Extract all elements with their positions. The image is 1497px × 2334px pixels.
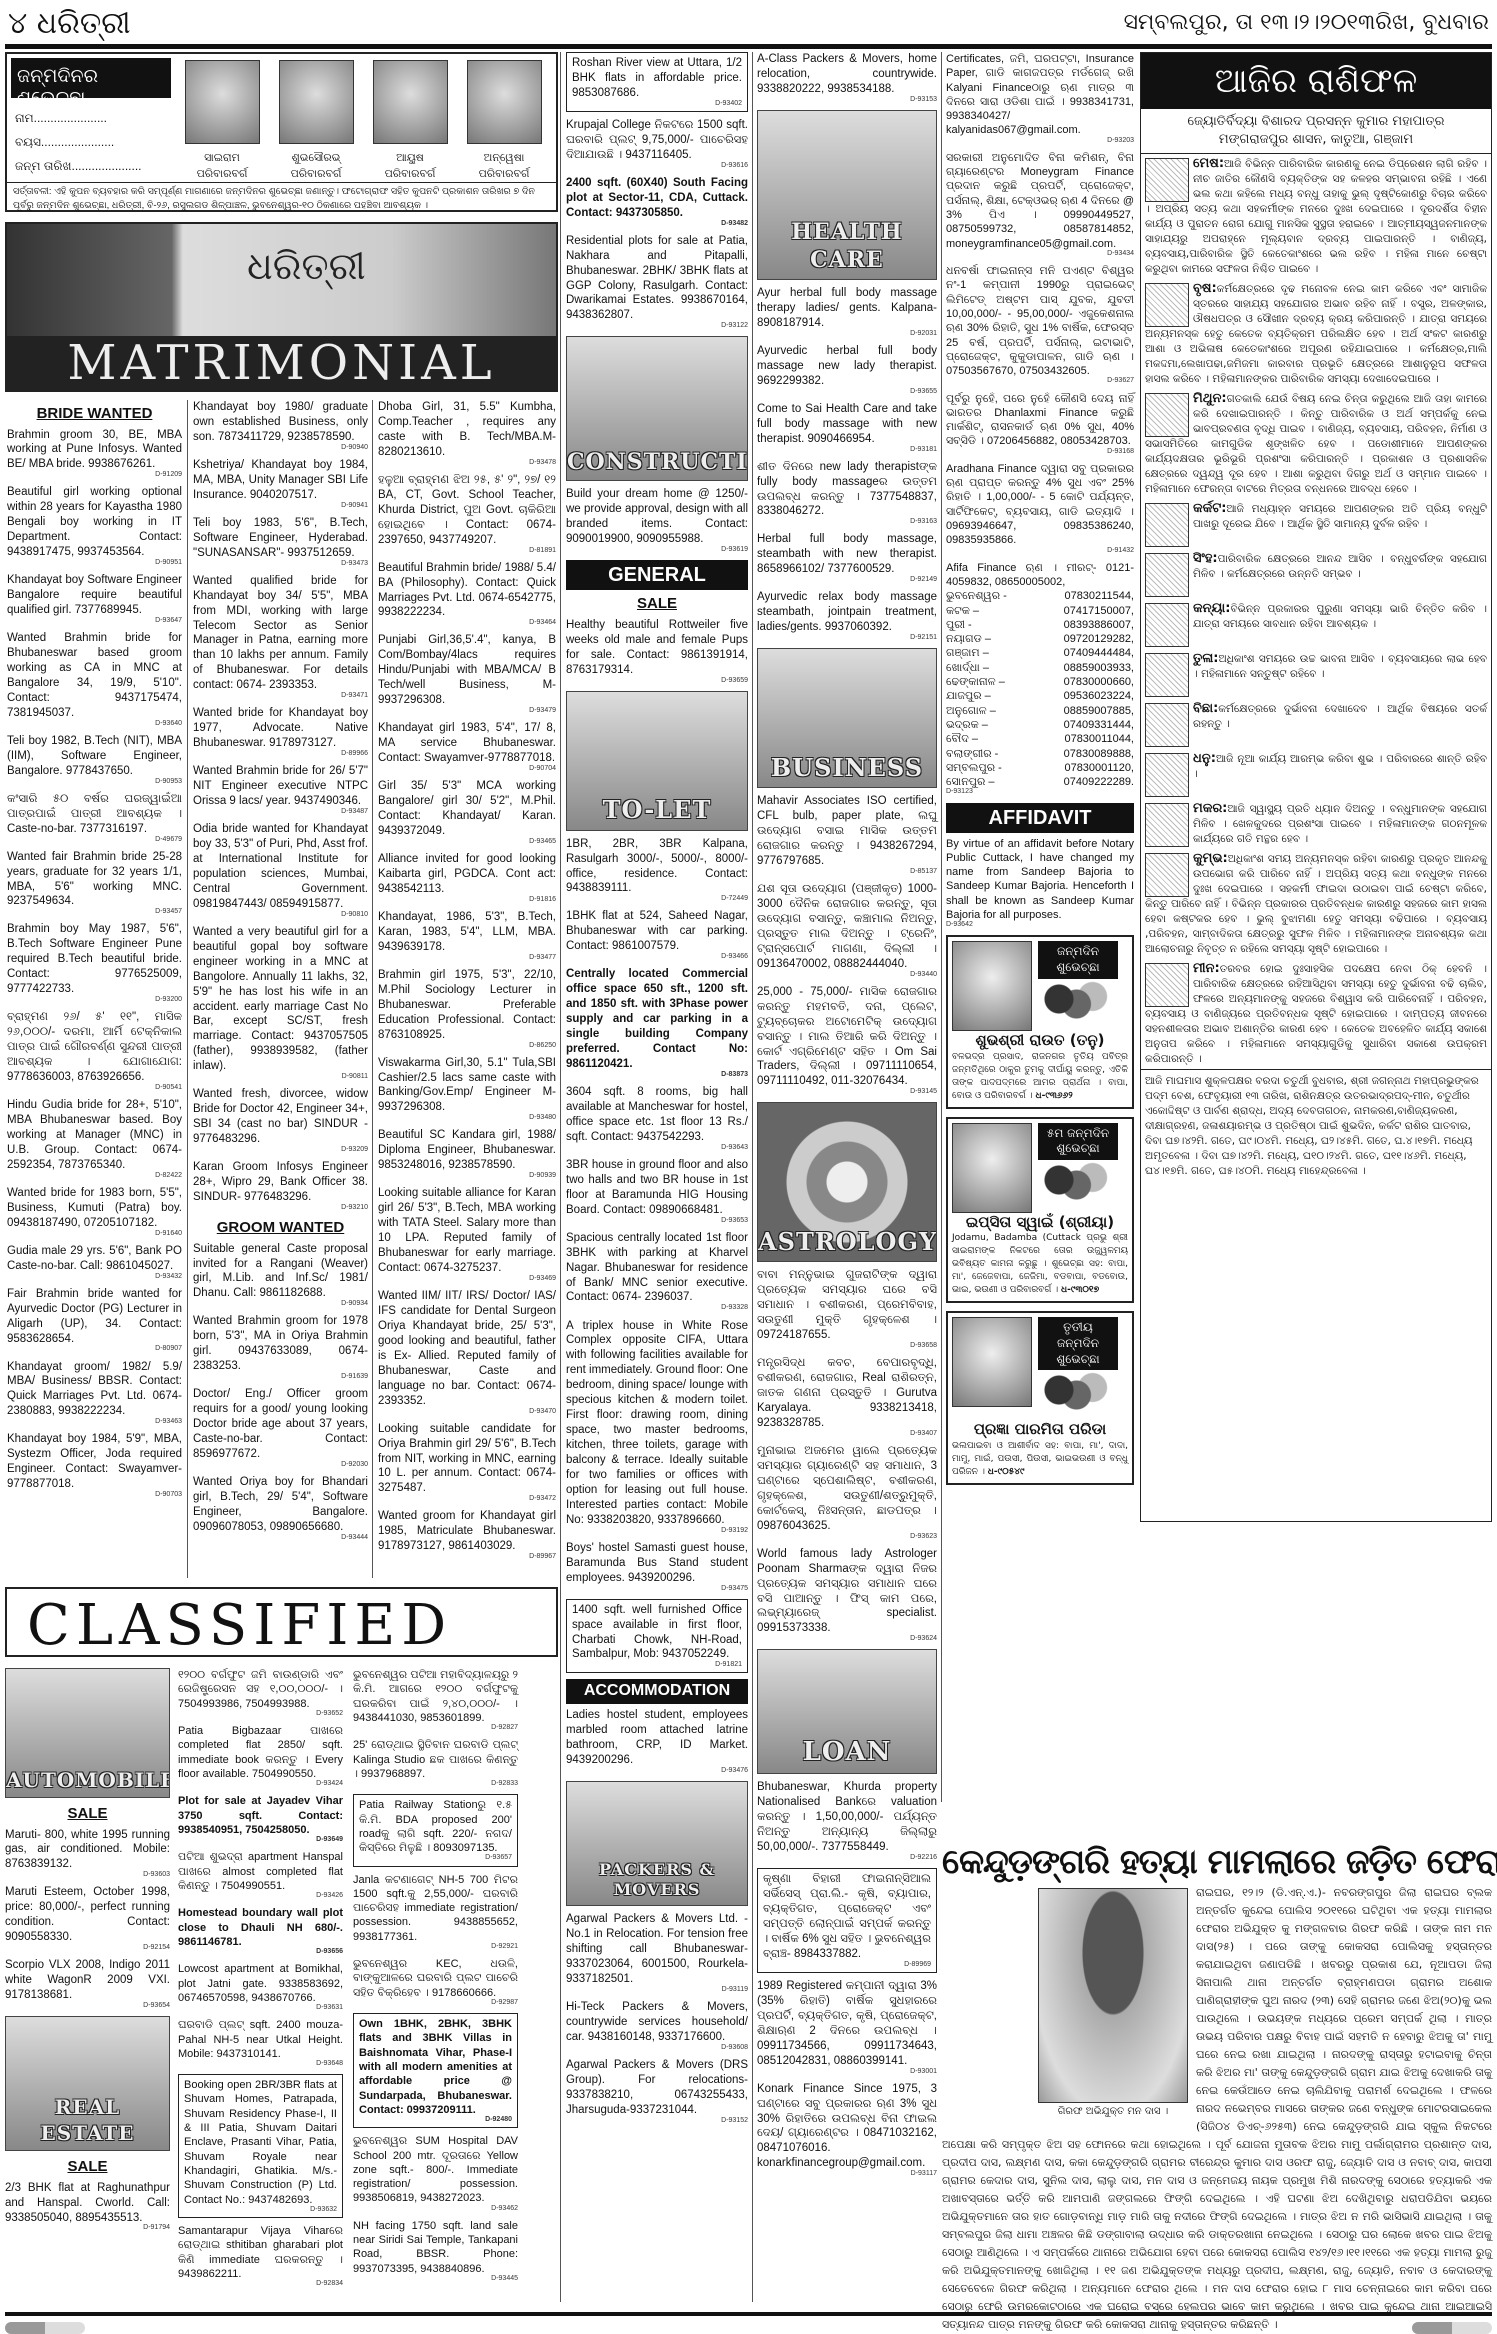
classified-ad: Wanted fair Brahmin bride 25-28 years, g…	[7, 850, 182, 917]
child-photo	[467, 60, 542, 144]
zodiac-icon	[1145, 853, 1189, 897]
classified-ad: 1BHK flat at 524, Saheed Nagar, Bhubanes…	[566, 909, 748, 961]
accommodation-ad: Ladies hostel student, employees marbled…	[566, 1708, 748, 1775]
branch-row: ଢେଙ୍କାନାଳ –07830000660,	[946, 675, 1134, 689]
matrimonial-column-1: BRIDE WANTED Brahmin groom 30, BE, MBA w…	[7, 400, 182, 1505]
classified-ad: ୧୨୦୦ ବର୍ଗଫୁଟ ଜମି ବାଉଣ୍ଡାରି ଏବଂ ରେଜିଷ୍ଟ୍ର…	[178, 1668, 343, 1718]
zodiac-sign-entry: ବୃଷ:କର୍ମକ୍ଷେତ୍ରରେ ଦୃଢ ମନୋବଳ ନେଇ କାମ କରିବ…	[1141, 279, 1491, 389]
classified-ad: Aradhana Finance ଦ୍ୱାରା ସବୁ ପ୍ରକାରର ଋଣ ପ…	[946, 462, 1134, 555]
classified-ad: ପଟିଆ ଶୁଭଦ୍ରା apartment Hanspal ପାଖରେ alm…	[178, 1850, 343, 1900]
classified-ad: ଭୁବନେଶ୍ୱର ପଟିଆ ମହାବିଦ୍ୟାଳୟରୁ ୨ କି.ମି. ଆଗ…	[353, 1668, 518, 1732]
classified-ad: Wanted Oriya boy for Bhandari girl, B.Te…	[193, 1475, 368, 1542]
child-name: ଶୁଭଶ୍ରୀ ରାଉତ (ତନୁ)	[952, 1031, 1128, 1051]
classified-ad: ଭୁବନେଶ୍ୱର KEC, ଧଉଳି, ବାଙ୍କୁଆଳରେ ଘରବାରି ପ…	[353, 1957, 518, 2007]
wish-tag: ତୃତୀୟ ଜନ୍ମଦିନ ଶୁଭେଚ୍ଛା	[1038, 1317, 1118, 1370]
finance-column-6: Certificates, ଜମି, ଘରପଟ୍ଟା, Insurance Pa…	[946, 52, 1134, 1493]
balloons-icon	[1038, 1160, 1108, 1210]
accused-photo	[1038, 1888, 1188, 2103]
news-body: ଗିରଫ ଅଭିଯୁକ୍ତ ମନ ଦାସ । ରାଇଘର, ୧୨।୨ (ଡି.ଏ…	[942, 1884, 1492, 2334]
panjika-almanac: ଆଜି ମାଘମାସ ଶୁକ୍ଳପକ୍ଷର ବରଦା ଚତୁର୍ଥୀ ବୁଧବା…	[1141, 1069, 1491, 1183]
classified-ad: 25' ରୋଡ୍‌ଥାଇ ସ୍ଥିତିବାନ ଘରବାଡି ପ୍ଲଟ୍ Kali…	[353, 1738, 518, 1788]
classified-ad: Homestead boundary wall plot close to Dh…	[178, 1906, 343, 1956]
classified-ad: ମୁନାଭାଇ ଅଜମେର ୱାଲେ ପ୍ରତ୍ୟେକ ସମସ୍ୟାର ଗ୍ୟା…	[757, 1444, 937, 1541]
birthday-wish-ad: ୫ମ ଜନ୍ମଦିନ ଶୁଭେଚ୍ଛାଇପ୍‌ସିତା ସ୍ୱାଇଁ (ଶ୍ରୀ…	[946, 1117, 1134, 1304]
loan-image: LOAN	[757, 1649, 937, 1774]
classified-ad: Khandayat boy Software Engineer Bangalor…	[7, 573, 182, 625]
classified-ad: Patia Railway Stationରୁ ୧.୫ କି.ମି. BDA p…	[353, 1794, 518, 1866]
wish-message: Jodamu, Badamba (Cuttack ପ୍ରଭୁ ଶ୍ରୀ ସାଇର…	[952, 1232, 1128, 1297]
branch-row: ଖୋର୍ଦ୍ଧା –08859003933,	[946, 661, 1134, 675]
classified-ad: ଯଶ ସୂତା ଉଦ୍ୟୋଗ (ପଞ୍ଜୀକୃତ) 1000-3000 ଦୈନି…	[757, 882, 937, 979]
classified-ad: 1BR, 2BR, 3BR Kalpana, Rasulgarh 3000/-,…	[566, 837, 748, 904]
zodiac-sign-entry: ମିଥୁନ:ଗତକାଲି ଯେଉଁ ବିଷୟ ନେଇ ଚିନ୍ତା କରୁଥିଲ…	[1141, 389, 1491, 499]
affidavit-ad: By virtue of an affidavit before Notary …	[946, 837, 1134, 930]
zodiac-icon	[1145, 753, 1189, 797]
classified-ad: Beautiful Brahmin bride/ 1988/ 5.4/ BA (…	[378, 561, 556, 628]
classified-ad: Booking open 2BR/3BR flats at Shuvam Hom…	[178, 2074, 343, 2218]
classified-ad: Viswakarma Girl,30, 5.1" Tula,SBI Cashie…	[378, 1056, 556, 1123]
classified-ad: ଭୁବନେଶ୍ୱର SUM Hospital DAV School 200 mt…	[353, 2134, 518, 2213]
classified-ad: ଘରବାଡି ପ୍ଲଟ୍ sqft. 2400 mouza-Pahal NH-5…	[178, 2018, 343, 2068]
branch-row: ସମ୍ବଲପୁର -07830001120,	[946, 761, 1134, 775]
zodiac-icon	[1145, 503, 1189, 547]
classified-ad: Wanted fresh, divorcee, widow Bride for …	[193, 1087, 368, 1154]
classified-ad: Odia bride wanted for Khandayat boy 33, …	[193, 822, 368, 919]
zodiac-icon	[1145, 158, 1189, 202]
zodiac-sign-entry: ମେଷ:ଆଜି ବିଭିନ୍ନ ପାରିବାରିକ କାରଣକୁ ନେଇ ଡିପ…	[1141, 154, 1491, 279]
sale-ad: Healthy beautiful Rottweiler five weeks …	[566, 618, 748, 685]
age-field: ବୟସ......................	[15, 130, 142, 154]
classified-ad: Wanted Brahmin bride for Bhubaneswar bas…	[7, 631, 182, 728]
classified-ad: Wanted Brahmin groom for 1978 born, 5'3"…	[193, 1314, 368, 1381]
child-name: ପ୍ରଜ୍ଞା ପାରମିତା ପରିଡା	[952, 1420, 1128, 1440]
classified-ad: Boys' hostel Samasti guest house, Baramu…	[566, 1541, 748, 1593]
packers-movers-image: PACKERS & MOVERS	[566, 1781, 748, 1906]
coupon-title: ଜନ୍ମଦିନର ଶୁଭେଚ୍ଛା	[11, 58, 171, 98]
footer-ornament	[1412, 2322, 1492, 2334]
classified-ad: Khandayat boy 1980/ graduate own establi…	[193, 400, 368, 452]
news-article: କେନ୍ଦୁଡ଼ଙ୍ଗରି ହତ୍ୟା ମାମଲାରେ ଜଡ଼ିତ ଫେରାର …	[942, 1840, 1492, 2334]
news-photo-block: ଗିରଫ ଅଭିଯୁକ୍ତ ମନ ଦାସ ।	[1038, 1888, 1188, 2121]
child-name: ଇପ୍‌ସିତା ସ୍ୱାଇଁ (ଶ୍ରୀୟା)	[952, 1213, 1128, 1233]
classified-ad: 1989 Registered କମ୍ପାନୀ ଦ୍ୱାରା 3% (35% ର…	[757, 1979, 937, 2076]
classified-ad: Gudia male 29 yrs. 5'6", Bank PO Caste-n…	[7, 1244, 182, 1281]
branch-row: ଯାଜପୁର –09536023224,	[946, 689, 1134, 703]
child-photo	[952, 1123, 1032, 1213]
matrimonial-column-2: Khandayat boy 1980/ graduate own establi…	[193, 400, 368, 1548]
business-image: BUSINESS	[757, 648, 937, 788]
classified-ad: Beautiful SC Kandara girl, 1988/ Diploma…	[378, 1128, 556, 1180]
construction-image: CONSTRUCTION	[566, 336, 748, 481]
automobile-column: AUTOMOBILE SALE Maruti- 800, white 1995 …	[5, 1668, 170, 2239]
real-estate-image: REAL ESTATE	[5, 2016, 170, 2151]
accommodation-heading: ACCOMMODATION	[566, 1679, 748, 1704]
classified-ad: Karan Groom Infosys Engineer 28+, Wipro …	[193, 1160, 368, 1212]
zodiac-sign-entry: ସିଂହ:ପାରିବାରିକ କ୍ଷେତ୍ରରେ ଆନନ୍ଦ ଆସିବ । ବନ…	[1141, 549, 1491, 599]
classified-ad: ହଳୁଆ ବ୍ରାହ୍ମଣ ଝିଅ ୨୫, ୫' ୨", ୨୭/ ୧୨ BA, …	[378, 473, 556, 555]
classified-ad: Spacious centrally located 1st floor 3BH…	[566, 1231, 748, 1313]
horoscope-author: ଜ୍ୟୋତିର୍ବିଦ୍ୟା ବିଶାରଦ ପ୍ରସନ୍ନ କୁମାର ମହାପ…	[1141, 109, 1491, 154]
matrimonial-banner: ଧରିତ୍ରୀ MATRIMONIAL	[5, 222, 558, 392]
classified-ad: Wanted qualified bride for Khandayat boy…	[193, 574, 368, 701]
classified-ad: Patia Bigbazaar ପାଖରେ completed flat 285…	[178, 1724, 343, 1788]
classified-ad: Beautiful girl working optional within 2…	[7, 485, 182, 567]
wish-message: ଭଲପାଇବା ଓ ଆଶୀର୍ବାଦ ସହ: ବାପା, ମା', ଦାଦା, …	[952, 1440, 1128, 1479]
zodiac-sign-entry: ଧନୁ:ଆଜି ନୂଆ କାର୍ଯ୍ୟ ଆରମ୍ଭ କରିବା ଶୁଭ । ପର…	[1141, 749, 1491, 799]
zodiac-icon	[1145, 703, 1189, 747]
child-photo	[279, 60, 354, 144]
branch-row: ନୟାଗଡ –09720129282,	[946, 632, 1134, 646]
zodiac-sign-entry: ମକର:ଆଜି ସ୍ୱାସ୍ଥ୍ୟ ପ୍ରତି ଧ୍ୟାନ ଦିଅନ୍ତୁ । …	[1141, 799, 1491, 849]
classified-ad: Maruti Esteem, October 1998, price: 80,0…	[5, 1885, 170, 1952]
classified-ad: Lowcost apartment at Bomikhal, plot Jatn…	[178, 1962, 343, 2012]
birthday-coupon: ଜନ୍ମଦିନର ଶୁଭେଚ୍ଛା ନାମ...................…	[5, 52, 558, 212]
property-column-4: Roshan River view at Uttara, 1/2 BHK fla…	[566, 52, 748, 2131]
page-number-masthead: ୪ ଧରିତ୍ରୀ	[8, 6, 131, 41]
classified-ad: Hi-Teck Packers & Movers, countrywide se…	[566, 2000, 748, 2052]
health-care-image: HEALTH CARE	[757, 110, 937, 280]
classified-ad: Wanted bride for 1983 born, 5'5", Busine…	[7, 1186, 182, 1238]
classified-ad: କଂସାରି ୫୦ ବର୍ଷର ଘରଜ୍ୱାଇଁଆ ପାତ୍ରପାଇଁ ପାତ୍…	[7, 792, 182, 844]
classified-ad: Janla କଟଣାଗେଟ୍ NH-5 700 ମିଟର 1500 sqft.କ…	[353, 1873, 518, 1952]
classified-ad: ମନ୍ତ୍ରସିଦ୍ଧ କବଚ, ବେପାରବୃଦ୍ଧି, ବଶୀକରଣ, ରୋ…	[757, 1356, 937, 1438]
classified-ad: ଧନବର୍ଷା ଫାଇନାନ୍ସ ମନି ପଏଣ୍ଟ ବିଶ୍ୱର ନଂ-1 କ…	[946, 264, 1134, 385]
birthday-wish-ad: ଜନ୍ମଦିନ ଶୁଭେଚ୍ଛାଶୁଭଶ୍ରୀ ରାଉତ (ତନୁ)ବଳଭଦ୍ର…	[946, 935, 1134, 1109]
zodiac-icon	[1145, 603, 1189, 647]
zodiac-sign-entry: କନ୍ୟା:ବିଭିନ୍ନ ପ୍ରକାରର ପୁରୁଣା ସମସ୍ୟା ଭାରି…	[1141, 599, 1491, 649]
classified-ad: Residential plots for sale at Patia, Nak…	[566, 234, 748, 331]
bride-wanted-heading: BRIDE WANTED	[7, 404, 182, 424]
property-column-3: ଭୁବନେଶ୍ୱର ପଟିଆ ମହାବିଦ୍ୟାଳୟରୁ ୨ କି.ମି. ଆଗ…	[353, 1668, 518, 2289]
header-rule	[5, 44, 1492, 49]
classified-ad: Brahmin groom 30, BE, MBA working at Pun…	[7, 428, 182, 480]
classified-ad: World famous lady Astrologer Poonam Shar…	[757, 1547, 937, 1644]
classified-ad: Konark Finance Since 1975, 3 ଘଣ୍ଟାରେ ସବୁ…	[757, 2082, 937, 2179]
horoscope-title: ଆଜିର ରାଶିଫଳ	[1141, 53, 1491, 109]
column-divider	[187, 400, 188, 1578]
classified-ad: Krupajal College ନିକଟରେ 1500 sqft. ଘରବାର…	[566, 118, 748, 170]
wish-tag: ୫ମ ଜନ୍ମଦିନ ଶୁଭେଚ୍ଛା	[1038, 1123, 1118, 1160]
wish-tag: ଜନ୍ମଦିନ ଶୁଭେଚ୍ଛା	[1038, 941, 1118, 978]
classified-ad: Alliance invited for good looking Kaibar…	[378, 852, 556, 904]
classified-ad: Khandayat girl 1983, 5'4", 17/ 8, MA ser…	[378, 721, 556, 773]
zodiac-icon	[1145, 393, 1189, 437]
zodiac-sign-entry: କର୍କଟ:ଆଜି ମଧ୍ୟାହ୍ନ ସମୟରେ ଆପଣଙ୍କର ଅତି ପ୍ର…	[1141, 499, 1491, 549]
astrology-image: ASTROLOGY	[757, 1102, 937, 1262]
classified-ad: Samantarapur Vijaya Viharରେ ରୋଡ୍‌ଥାଇ sth…	[178, 2224, 343, 2288]
real-estate-sale-heading: SALE	[5, 2157, 170, 2177]
branch-row: ବୌଦ –07830011044,	[946, 732, 1134, 746]
classified-ad: Looking suitable alliance for Karan girl…	[378, 1186, 556, 1283]
classified-ad: Kshetriya/ Khandayat boy 1984, MA, MBA, …	[193, 458, 368, 510]
zodiac-icon	[1145, 653, 1189, 697]
balloons-icon	[1038, 979, 1108, 1029]
classified-ad: Bhubaneswar, Khurda property Nationalise…	[757, 1780, 937, 1862]
zodiac-icon	[1145, 963, 1189, 1007]
zodiac-icon	[1145, 553, 1189, 597]
balloons-icon	[1038, 1370, 1108, 1420]
classified-ad: Wanted a very beautiful girl for a beaut…	[193, 925, 368, 1081]
coupon-terms: ସର୍ତ୍ତାବଳୀ: ଏହି କୁପନ ବ୍ୟବହାର କରି ସମ୍ପୂର୍…	[7, 182, 556, 215]
general-sale-heading: SALE	[566, 594, 748, 614]
brand-logo: ଧରିତ୍ରୀ	[247, 244, 366, 289]
classified-ad: Maruti- 800, white 1995 running gas, air…	[5, 1828, 170, 1880]
classified-ad: 1400 sqft. well furnished Office space a…	[566, 1599, 748, 1674]
classified-ad: Herbal full body massage, steambath with…	[757, 532, 937, 584]
classified-ad: Fair Brahmin bride wanted for Ayurvedic …	[7, 1287, 182, 1354]
branch-row: ଗଞ୍ଜାମ –07409444484,	[946, 646, 1134, 660]
classified-ad: 3BR house in ground floor and also two h…	[566, 1158, 748, 1225]
dateline: ସମ୍ବଲପୁର, ତା ୧୩।୨।୨୦୧୩ରିଖ, ବୁଧବାର	[1124, 10, 1489, 35]
classified-ad: 2/3 BHK flat at Raghunathpur and Hanspal…	[5, 2181, 170, 2233]
classified-ad: ସରକାରୀ ଅନୁମୋଦିତ ବିନା କମିଶନ୍, ବିନା ଗ୍ୟାରେ…	[946, 151, 1134, 258]
classified-ad: Teli boy 1982, B.Tech (NIT), MBA (IIM), …	[7, 734, 182, 786]
construction-ad: Build your dream home @ 1250/- we provid…	[566, 487, 748, 554]
branch-row: ବଲାଙ୍ଗୀର -07830089888,	[946, 747, 1134, 761]
classified-ad: Mahavir Associates ISO certified, CFL bu…	[757, 794, 937, 876]
classified-ad: Brahmin boy May 1987, 5'6", B.Tech Softw…	[7, 922, 182, 1004]
zodiac-sign-entry: କୁମ୍ଭ:ଅଧିକାଂଶ ସମୟ ଅନ୍ୟମନସ୍କ ରହିବା କାରଣରୁ…	[1141, 849, 1491, 959]
classified-ad: Punjabi Girl,36,5'.4", kanya, B Com/Bomb…	[378, 633, 556, 715]
branch-row: ଅନୁଗୋଳ –08859007885,	[946, 704, 1134, 718]
classified-ad: Ayurvedic relax body massage steambath, …	[757, 590, 937, 642]
classified-ad: ପୂର୍ବରୁ ନୁହେଁ, ପରେ ନୁହେଁ କୌଣସି ଦେୟ ନାହିଁ…	[946, 392, 1134, 456]
coupon-fields: ନାମ...................... ବୟସ...........…	[15, 106, 142, 178]
branch-row: ଭୁବନେଶ୍ୱର -07830211544,	[946, 589, 1134, 603]
child-photo	[185, 60, 260, 144]
matrimonial-column-3: Dhoba Girl, 31, 5.5" Kumbha, Comp.Teache…	[378, 400, 556, 1567]
general-heading: GENERAL	[566, 560, 748, 590]
child-caption: ଶୁଭସୌରଭ୍ପରିବାରବର୍ଗ	[271, 150, 361, 182]
footer-rule	[5, 2312, 1492, 2316]
wish-message: ବଳଭଦ୍ର ପ୍ରସାଦ, ରାଜନଗର ତୃତିୟ ପବିତ୍ର ଜନ୍ମତ…	[952, 1051, 1128, 1103]
news-headline: କେନ୍ଦୁଡ଼ଙ୍ଗରି ହତ୍ୟା ମାମଲାରେ ଜଡ଼ିତ ଫେରାର …	[942, 1840, 1492, 1884]
classified-ad: 2400 sqft. (60X40) South Facing plot at …	[566, 176, 748, 228]
classified-ad: Ayur herbal full body massage therapy la…	[757, 286, 937, 338]
column-divider	[560, 52, 561, 2302]
automobile-image: AUTOMOBILE	[5, 1668, 170, 1798]
classified-ad: Dhoba Girl, 31, 5.5" Kumbha, Comp.Teache…	[378, 400, 556, 467]
column-divider	[752, 52, 753, 2302]
packers-ad: A-Class Packers & Movers, home relocatio…	[757, 52, 937, 104]
classified-ad: Centrally located Commercial office spac…	[566, 967, 748, 1079]
child-photo	[373, 60, 448, 144]
affidavit-heading: AFFIDAVIT	[946, 803, 1134, 833]
classified-ad: Khandayat, 1986, 5'3", B.Tech, Karan, 19…	[378, 910, 556, 962]
groom-wanted-heading: GROOM WANTED	[193, 1218, 368, 1238]
child-caption: ଆୟୁଷପରିବାରବର୍ଗ	[365, 150, 455, 182]
classified-ad: Suitable general Caste proposal invited …	[193, 1242, 368, 1309]
classified-ad: Roshan River view at Uttara, 1/2 BHK fla…	[566, 52, 748, 112]
classified-ad: Teli boy 1983, 5'6", B.Tech, Software En…	[193, 516, 368, 568]
classified-ad: Certificates, ଜମି, ଘରପଟ୍ଟା, Insurance Pa…	[946, 52, 1134, 145]
classified-ad: 3604 sqft. 8 rooms, big hall available a…	[566, 1085, 748, 1152]
classified-ad: Looking suitable candidate for Oriya Bra…	[378, 1422, 556, 1504]
classified-ad: Ayurvedic herbal full body massage new l…	[757, 344, 937, 396]
classified-ad: Scorpio VLX 2008, Indigo 2011 white Wago…	[5, 1958, 170, 2010]
child-photo	[952, 941, 1032, 1031]
classified-ad: Hindu Gudia bride for 28+, 5'10", MBA Bh…	[7, 1098, 182, 1180]
classified-ad: କୃଷ୍ଣା ବିହାରୀ ଫାଇନାନ୍ସିଆଲ ସର୍ଭିସେସ୍ ପ୍ରା…	[757, 1868, 937, 1973]
classified-ad: ବ୍ରାହ୍ମଣ ୨୬/ ୫' ୧୧", ମାସିକ ୨୬,୦୦୦/- ଦରମା…	[7, 1010, 182, 1092]
column-divider	[372, 400, 373, 1578]
classified-ad: Brahmin girl 1975, 5'3", 22/10, M.Phil S…	[378, 968, 556, 1050]
to-let-image: TO-LET	[566, 691, 748, 831]
classified-ad: Wanted bride for Khandayat boy 1977, Adv…	[193, 706, 368, 758]
zodiac-icon	[1145, 283, 1189, 327]
matrimonial-title: MATRIMONIAL	[7, 336, 556, 390]
classified-ad: Khandayat boy 1984, 5'9", MBA, Systezm O…	[7, 1432, 182, 1499]
classified-ad: A triplex house in White Rose Complex op…	[566, 1319, 748, 1535]
branch-row: କଟକ –07417150007,	[946, 604, 1134, 618]
birthday-wish-ad: ତୃତୀୟ ଜନ୍ମଦିନ ଶୁଭେଚ୍ଛାପ୍ରଜ୍ଞା ପାରମିତା ପର…	[946, 1311, 1134, 1484]
zodiac-sign-entry: ବିଛା:କର୍ମକ୍ଷେତ୍ରରେ ଦୁର୍ଭାବନା ଦେଖାଦେବ । ଆ…	[1141, 699, 1491, 749]
footer-ornament	[5, 2322, 85, 2334]
classified-ad: Plot for sale at Jayadev Vihar 3750 sqft…	[178, 1794, 343, 1844]
zodiac-sign-entry: ତୁଳା:ଅଧିକାଂଶ ସମୟରେ ଉଚ୍ଚ ଭାବନା ଆସିବ । ବ୍ୟ…	[1141, 649, 1491, 699]
classified-ad: Agarwal Packers & Movers (DRS Group). Fo…	[566, 2058, 748, 2125]
branch-row: ଭଦ୍ରକ –07409331444,	[946, 718, 1134, 732]
dob-field: ଜନ୍ମ ତାରିଖ.....................	[15, 154, 142, 178]
column-divider	[941, 52, 942, 1802]
classified-ad: Girl 35/ 5'3" MCA working Bangalore/ gir…	[378, 779, 556, 846]
classified-ad: 25,000 - 75,000/- ମାସିକ ରୋଜଗାର କରନ୍ତୁ ମହ…	[757, 985, 937, 1097]
zodiac-icon	[1145, 803, 1189, 847]
horoscope-box: ଆଜିର ରାଶିଫଳ ଜ୍ୟୋତିର୍ବିଦ୍ୟା ବିଶାରଦ ପ୍ରସନ୍…	[1140, 52, 1492, 1522]
classified-ad: Doctor/ Eng./ Officer groom requirs for …	[193, 1387, 368, 1469]
branch-row: ପୁରୀ -08393886007,	[946, 618, 1134, 632]
classified-ad: ଶୀତ ଦିନରେ new lady therapistଙ୍କ fully bo…	[757, 460, 937, 527]
classified-ad: Wanted IIM/ IIT/ IRS/ Doctor/ IAS/ IFS c…	[378, 1289, 556, 1416]
classified-ad: Come to Sai Health Care and take full bo…	[757, 402, 937, 454]
property-column-2: ୧୨୦୦ ବର୍ଗଫୁଟ ଜମି ବାଉଣ୍ଡାରି ଏବଂ ରେଜିଷ୍ଟ୍ର…	[178, 1668, 343, 2294]
classified-ad: NH facing 1750 sqft. land sale near Siri…	[353, 2219, 518, 2283]
automobile-sale-heading: SALE	[5, 1804, 170, 1824]
child-caption: ସାଇରାମପରିବାରବର୍ଗ	[177, 150, 267, 182]
classified-ad: Khandayat groom/ 1982/ 5.9/ MBA/ Busines…	[7, 1360, 182, 1427]
classified-ad: Wanted groom for Khandayat girl 1985, Ma…	[378, 1509, 556, 1561]
child-caption: ଅନ୍ୱେଷାପରିବାରବର୍ଗ	[459, 150, 549, 182]
classified-ad: Own 1BHK, 2BHK, 3BHK flats and 3BHK Vill…	[353, 2013, 518, 2128]
services-column-5: A-Class Packers & Movers, home relocatio…	[757, 52, 937, 2184]
classified-banner: CLASSIFIED	[5, 1587, 558, 1657]
child-photo	[952, 1317, 1032, 1407]
classified-ad: Wanted Brahmin bride for 26/ 5'7" NIT En…	[193, 764, 368, 816]
classified-ad: ବାବା ମନ୍ନୁଭାଇ ଗୁଜରାଟିଙ୍କ ଦ୍ୱାରା ପ୍ରତ୍ୟେକ…	[757, 1268, 937, 1350]
classified-ad: Agarwal Packers & Movers Ltd. - No.1 in …	[566, 1912, 748, 1994]
classified-title: CLASSIFIED	[27, 1593, 452, 1658]
afifa-finance-ad: Afifa Finance ଋଣ । ମୀରଟ୍- 0121-4059832, …	[946, 561, 1134, 797]
zodiac-sign-entry: ମୀନ:ତରବର ହୋଇ ଦୁଃସାହସିକ ପଦକ୍ଷେପ ନେବା ଠିକ୍…	[1141, 959, 1491, 1069]
name-field: ନାମ......................	[15, 106, 142, 130]
